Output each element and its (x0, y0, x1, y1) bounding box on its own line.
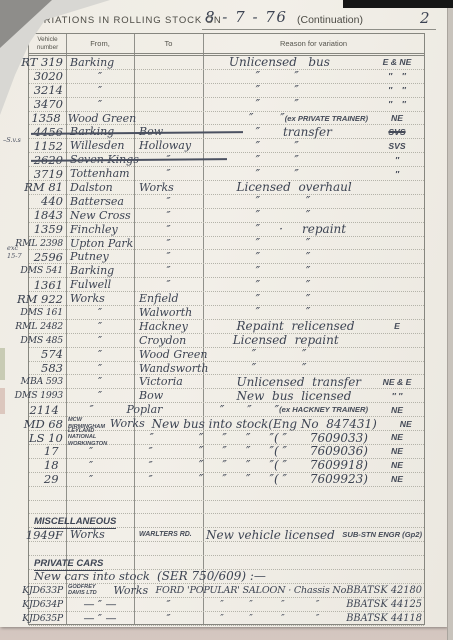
cell-reason: ″ ″ (203, 362, 424, 375)
cell-reason: FORD 'POPULAR' SALOON · Chassis NoBBATSK… (153, 584, 424, 597)
table-row: 2620Seven Kings″ ″ ″″ (29, 153, 424, 167)
cell-to: ″ (134, 195, 203, 208)
table-row: DMS 485″Croydon Licensed repaint (29, 334, 424, 348)
edge-mark (0, 388, 5, 414)
cell-reason: ″ ″ (203, 209, 424, 222)
cell-vehicle-number: 1949F (29, 528, 66, 541)
cell-to (134, 70, 203, 83)
table-row: New cars into stock(SER 750/609) :— (29, 570, 424, 584)
cell-reason: ″ ″″ ″ (203, 98, 424, 111)
cell-to: ″ (134, 223, 203, 236)
cell-from: ″ (66, 306, 134, 319)
cell-to: ″ (123, 431, 181, 444)
cell-from: Dalston (66, 181, 134, 194)
section-sublabel: (SER 750/609) :— (157, 569, 424, 583)
cell-from: ″ (66, 98, 134, 111)
cell-vehicle-number: 3470 (29, 98, 66, 111)
cell-from: Wood Green (64, 112, 132, 125)
table-row: 1152WillesdenHolloway ″ ″SVS (29, 139, 424, 153)
table-row: RT 319Barking Unlicensed busE & NE (29, 56, 424, 70)
cell-vehicle-number: RML 2398 (29, 237, 66, 250)
cell-reason: ″ ″″ (203, 167, 424, 180)
cell-vehicle-number: 440 (29, 195, 66, 208)
scanned-ledger-page: VARIATIONS IN ROLLING STOCK ON 8 - 7 - 7… (0, 0, 447, 627)
table-row: 3470″ ″ ″″ ″ (29, 98, 424, 112)
table-row: 1358Wood Green ″ ″(ex PRIVATE TRAINER)NE (29, 112, 424, 126)
cell-reason: ″ ″ (203, 264, 424, 277)
cell-reason: Unlicensed busE & NE (203, 56, 424, 69)
cell-from: New Cross (66, 209, 134, 222)
cell-from: Willesden (66, 139, 134, 152)
cell-to (134, 84, 203, 97)
table-row: KJD635P— ″ —″ ″ ″ ″ ″BBATSK 44118 (29, 612, 424, 626)
cell-to (132, 112, 197, 125)
table-row: 440Battersea″ ″ ″ (29, 195, 424, 209)
table-row: DMS 1993″Bow New bus licensed″ ″ (29, 389, 424, 403)
cell-reason: ″ ″ (203, 348, 424, 361)
cell-from: GODFREY DAVIS LTD (66, 584, 108, 597)
cell-to: ″ (134, 209, 203, 222)
cell-from: LEYLAND NATIONAL WORKINGTON (66, 431, 123, 444)
table-body: RT 319Barking Unlicensed busE & NE3020″ … (29, 56, 424, 626)
cell-from: ″ (66, 84, 134, 97)
cell-to: Hackney (134, 320, 203, 333)
cell-to (134, 98, 203, 111)
cell-vehicle-number: KJD635P (29, 612, 66, 625)
handwritten-date: 8 - 7 - 76 (205, 8, 287, 26)
cell-vehicle-number: RM 922 (29, 292, 66, 305)
cell-from: Battersea (66, 195, 134, 208)
cell-vehicle-number: 3214 (29, 84, 66, 97)
cell-vehicle-number: 1152 (29, 139, 66, 152)
table-row: 1949FWorksWARLTERS RD.New vehicle licens… (29, 528, 424, 542)
cell-to: Bow (134, 389, 203, 402)
table-row: KJD634P— ″ —″ ″ ″ ″ ″BBATSK 44125 (29, 598, 424, 612)
cell-reason: ″ ″ ″ ″( ″ 7609923)NE (181, 473, 424, 486)
table-row: DMS 161″Walworth ″ ″ (29, 306, 424, 320)
cell-reason: New vehicle licensedSUB-STN ENGR (Gp2) (203, 528, 424, 541)
cell-vehicle-number: 1843 (29, 209, 66, 222)
cell-vehicle-number: KJD633P (29, 584, 66, 597)
table-row: RML 2398Upton Park″ ″ ″ (29, 237, 424, 251)
cell-vehicle-number: 583 (29, 362, 66, 375)
cell-reason: ″ ″ (203, 250, 424, 263)
section-label: New cars into stock (34, 569, 157, 583)
cell-from: ″ (66, 320, 134, 333)
table-row: 17″″ ″ ″ ″ ″( ″ 7609036)NE (29, 445, 424, 459)
table-row: 1843New Cross″ ″ ″ (29, 209, 424, 223)
cell-from: — ″ — (66, 612, 134, 625)
cell-reason: ″ ″ (203, 306, 424, 319)
cell-reason: ″ ″ ″ ″( ″ 7609033)NE (181, 431, 424, 444)
cell-to (134, 56, 203, 69)
table-row: 1361Fulwell″ ″ ″ (29, 278, 424, 292)
cell-vehicle-number: LS 10 (29, 431, 66, 444)
cell-from: ″ (62, 459, 121, 472)
cell-vehicle-number: 18 (29, 459, 62, 472)
cell-to: Works (134, 181, 203, 194)
table-row: 4456BarkingBow ″ transferSVS (29, 125, 424, 139)
table-row: MBA 593″Victoria Unlicensed transferNE &… (29, 375, 424, 389)
cell-from: Barking (66, 264, 134, 277)
cell-vehicle-number: 29 (29, 473, 62, 486)
table-row: 29″″ ″ ″ ″ ″( ″ 7609923)NE (29, 473, 424, 487)
cell-vehicle-number: MBA 593 (29, 375, 66, 388)
cell-to: ″ (134, 264, 203, 277)
cell-reason: ″ · repaint (203, 223, 424, 236)
table-row: 2596Putney″ ″ ″ (29, 250, 424, 264)
table-row (29, 542, 424, 556)
cell-vehicle-number: DMS 485 (29, 334, 66, 347)
cell-from: ″ (62, 445, 121, 458)
margin-note: exc 15-7 (7, 245, 22, 261)
cell-to: Wandsworth (134, 362, 203, 375)
cell-to: ″ (121, 473, 181, 486)
cell-vehicle-number: RML 2482 (29, 320, 66, 333)
cell-reason: ″ ″ (203, 195, 424, 208)
cell-vehicle-number: RM 81 (29, 181, 66, 194)
table-header-row: Vehicle number From, To Reason for varia… (29, 34, 424, 56)
cell-from: ″ (62, 403, 122, 416)
cell-to: ″ (134, 250, 203, 263)
table-row: 18″″ ″ ″ ″ ″( ″ 7609918)NE (29, 459, 424, 473)
cell-from: — ″ — (66, 598, 134, 611)
rolling-stock-table: Vehicle number From, To Reason for varia… (28, 33, 425, 625)
cell-from: Barking (66, 56, 134, 69)
margin-note: –S.v.s (3, 137, 21, 145)
cell-vehicle-number: DMS 541 (29, 264, 66, 277)
cell-reason: New bus licensed″ ″ (203, 389, 424, 402)
cell-reason: ″ ″″ ″ (203, 84, 424, 97)
cell-reason: Unlicensed transferNE & E (203, 375, 424, 388)
cell-to: ″ (121, 459, 181, 472)
cell-reason: ″ ″ ″ ″( ″ 7609036)NE (181, 445, 424, 458)
cell-from: ″ (66, 375, 134, 388)
table-row: KJD633PGODFREY DAVIS LTDWorksFORD 'POPUL… (29, 584, 424, 598)
cell-from: Fulwell (66, 278, 134, 291)
cell-vehicle-number: DMS 161 (29, 306, 66, 319)
table-row (29, 501, 424, 515)
cell-to: Works (108, 584, 152, 597)
table-row: LS 10LEYLAND NATIONAL WORKINGTON″ ″ ″ ″ … (29, 431, 424, 445)
table-row: RML 2482″Hackney Repaint relicensedE (29, 320, 424, 334)
cell-from: Works (66, 528, 134, 541)
continuation-label: (Continuation) (297, 14, 363, 26)
table-row: RM 922WorksEnfield ″ ″ (29, 292, 424, 306)
cell-from: Upton Park (66, 237, 134, 250)
table-row: MISCELLANEOUS (29, 514, 424, 528)
cell-to: ″ (134, 167, 203, 180)
cell-to: ″ (134, 612, 203, 625)
cell-vehicle-number: 3719 (29, 167, 66, 180)
edge-mark (0, 348, 5, 380)
cell-vehicle-number: 2114 (29, 403, 62, 416)
section-label: MISCELLANEOUS (34, 516, 157, 527)
header-to: To (134, 34, 203, 53)
cell-reason: Repaint relicensedE (203, 320, 424, 333)
cell-to: ″ (121, 445, 181, 458)
cell-to: WARLTERS RD. (134, 528, 203, 541)
cell-vehicle-number: DMS 1993 (29, 389, 66, 402)
cell-to: Holloway (134, 139, 203, 152)
table-row: 583″Wandsworth ″ ″ (29, 362, 424, 376)
cell-reason: ″ ″″ (203, 153, 424, 166)
table-row: 3020″ ″ ″″ ″ (29, 70, 424, 84)
header-from: From, (66, 34, 134, 53)
cell-reason: ″ ″″ ″ (203, 70, 424, 83)
table-row: RM 81DalstonWorks Licensed overhaul (29, 181, 424, 195)
cell-reason: ″ ″ (203, 278, 424, 291)
cell-vehicle-number: KJD634P (29, 598, 66, 611)
cell-reason: Licensed repaint (203, 334, 424, 347)
cell-to: Poplar (121, 403, 182, 416)
cell-to: Walworth (134, 306, 203, 319)
cell-reason: ″ ″ ″ ″( ″ 7609918)NE (181, 459, 424, 472)
table-row: 3719Tottenham″ ″ ″″ (29, 167, 424, 181)
header-rule (202, 29, 436, 30)
page-edge (447, 0, 453, 640)
table-row: 574″Wood Green ″ ″ (29, 348, 424, 362)
cell-to: ″ (134, 598, 203, 611)
cell-vehicle-number: 1361 (29, 278, 66, 291)
cell-from: ″ (66, 334, 134, 347)
cell-vehicle-number: 1358 (29, 112, 64, 125)
cell-reason: ″ ″(ex PRIVATE TRAINER)NE (196, 112, 424, 125)
cell-reason: ″ ″SVS (203, 139, 424, 152)
scan-artifact-bar (343, 0, 453, 8)
cell-vehicle-number: MD 68 (29, 417, 66, 430)
cell-reason: ″ ″ ″ ″BBATSK 44118 (203, 612, 424, 625)
cell-reason: ″ ″ (203, 237, 424, 250)
cell-to: ″ (134, 237, 203, 250)
cell-reason: Licensed overhaul (203, 181, 424, 194)
cell-vehicle-number: 17 (29, 445, 62, 458)
cell-from: ″ (66, 70, 134, 83)
cell-to: Victoria (134, 375, 203, 388)
table-row: PRIVATE CARS (29, 556, 424, 570)
cell-vehicle-number: RT 319 (29, 56, 66, 69)
cell-to: Croydon (134, 334, 203, 347)
table-row (29, 487, 424, 501)
cell-from: ″ (62, 473, 121, 486)
page-title: VARIATIONS IN ROLLING STOCK ON (30, 15, 222, 26)
cell-vehicle-number: 3020 (29, 70, 66, 83)
cell-vehicle-number: 1359 (29, 223, 66, 236)
cell-reason: New bus into stock(Eng No 847431)NE (145, 417, 433, 430)
cell-to: Wood Green (134, 348, 203, 361)
cell-reason: ″ ″ ″(ex HACKNEY TRAINER)NE (183, 403, 424, 416)
cell-from: ″ (66, 348, 134, 361)
table-row: 1359Finchley″ ″ · repaint (29, 223, 424, 237)
cell-vehicle-number: 2596 (29, 250, 66, 263)
cell-from: Putney (66, 250, 134, 263)
cell-to: ″ (134, 278, 203, 291)
cell-to: Enfield (134, 292, 203, 305)
table-row: DMS 541Barking″ ″ ″ (29, 264, 424, 278)
table-row: 2114″Poplar ″ ″ ″(ex HACKNEY TRAINER)NE (29, 403, 424, 417)
cell-vehicle-number: 574 (29, 348, 66, 361)
table-row: 3214″ ″ ″″ ″ (29, 84, 424, 98)
cell-from: ″ (66, 362, 134, 375)
cell-reason: ″ ″ ″ ″BBATSK 44125 (203, 598, 424, 611)
cell-from: Works (66, 292, 134, 305)
cell-from: Tottenham (66, 167, 134, 180)
page-number: 2 (420, 9, 430, 27)
cell-from: Finchley (66, 223, 134, 236)
cell-reason: ″ ″ (203, 292, 424, 305)
header-reason: Reason for variation (203, 34, 424, 53)
header-vehicle-number: Vehicle number (29, 34, 66, 53)
section-label: PRIVATE CARS (34, 558, 157, 569)
cell-from: ″ (66, 389, 134, 402)
